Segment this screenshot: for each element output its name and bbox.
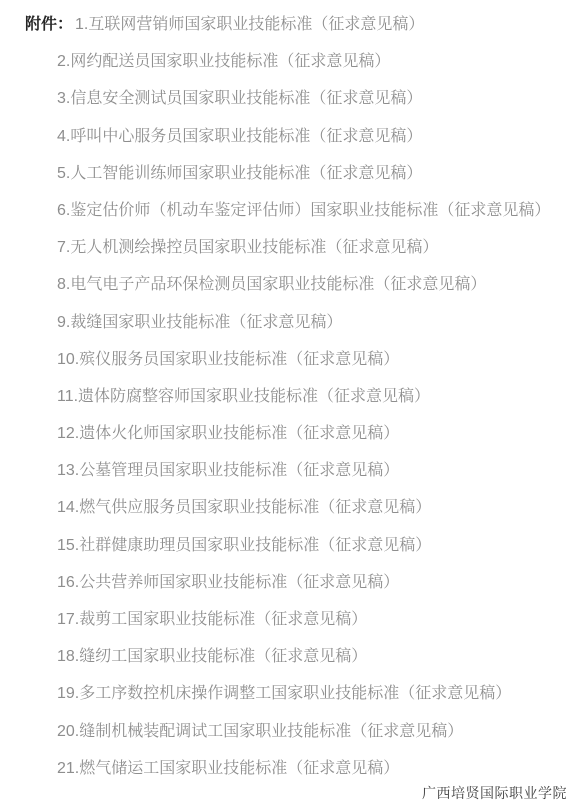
list-item: 10.殡仪服务员国家职业技能标准（征求意见稿） [0,341,571,378]
list-item: 19.多工序数控机床操作调整工国家职业技能标准（征求意见稿） [0,675,571,712]
list-item: 14.燃气供应服务员国家职业技能标准（征求意见稿） [0,489,571,526]
watermark: 广西培贤国际职业学院 [422,783,567,803]
list-item: 2.网约配送员国家职业技能标准（征求意见稿） [0,43,571,80]
list-item: 6.鉴定估价师（机动车鉴定评估师）国家职业技能标准（征求意见稿） [0,192,571,229]
list-item: 7.无人机测绘操控员国家职业技能标准（征求意见稿） [0,229,571,266]
list-item: 16.公共营养师国家职业技能标准（征求意见稿） [0,564,571,601]
list-item: 11.遗体防腐整容师国家职业技能标准（征求意见稿） [0,378,571,415]
list-item: 21.燃气储运工国家职业技能标准（征求意见稿） [0,750,571,787]
list-item: 4.呼叫中心服务员国家职业技能标准（征求意见稿） [0,118,571,155]
document-page: 附件：1.互联网营销师国家职业技能标准（征求意见稿） 2.网约配送员国家职业技能… [0,0,571,808]
list-item: 13.公墓管理员国家职业技能标准（征求意见稿） [0,452,571,489]
attachment-header-line: 附件：1.互联网营销师国家职业技能标准（征求意见稿） [0,6,571,43]
list-item: 18.缝纫工国家职业技能标准（征求意见稿） [0,638,571,675]
list-item: 8.电气电子产品环保检测员国家职业技能标准（征求意见稿） [0,266,571,303]
attachment-list: 2.网约配送员国家职业技能标准（征求意见稿）3.信息安全测试员国家职业技能标准（… [0,43,571,787]
list-item: 1.互联网营销师国家职业技能标准（征求意见稿） [75,16,424,33]
list-item: 9.裁缝国家职业技能标准（征求意见稿） [0,304,571,341]
list-item: 3.信息安全测试员国家职业技能标准（征求意见稿） [0,80,571,117]
list-item: 17.裁剪工国家职业技能标准（征求意见稿） [0,601,571,638]
attachment-label: 附件： [25,16,73,33]
list-item: 15.社群健康助理员国家职业技能标准（征求意见稿） [0,527,571,564]
list-item: 20.缝制机械装配调试工国家职业技能标准（征求意见稿） [0,713,571,750]
list-item: 12.遗体火化师国家职业技能标准（征求意见稿） [0,415,571,452]
list-item: 5.人工智能训练师国家职业技能标准（征求意见稿） [0,155,571,192]
